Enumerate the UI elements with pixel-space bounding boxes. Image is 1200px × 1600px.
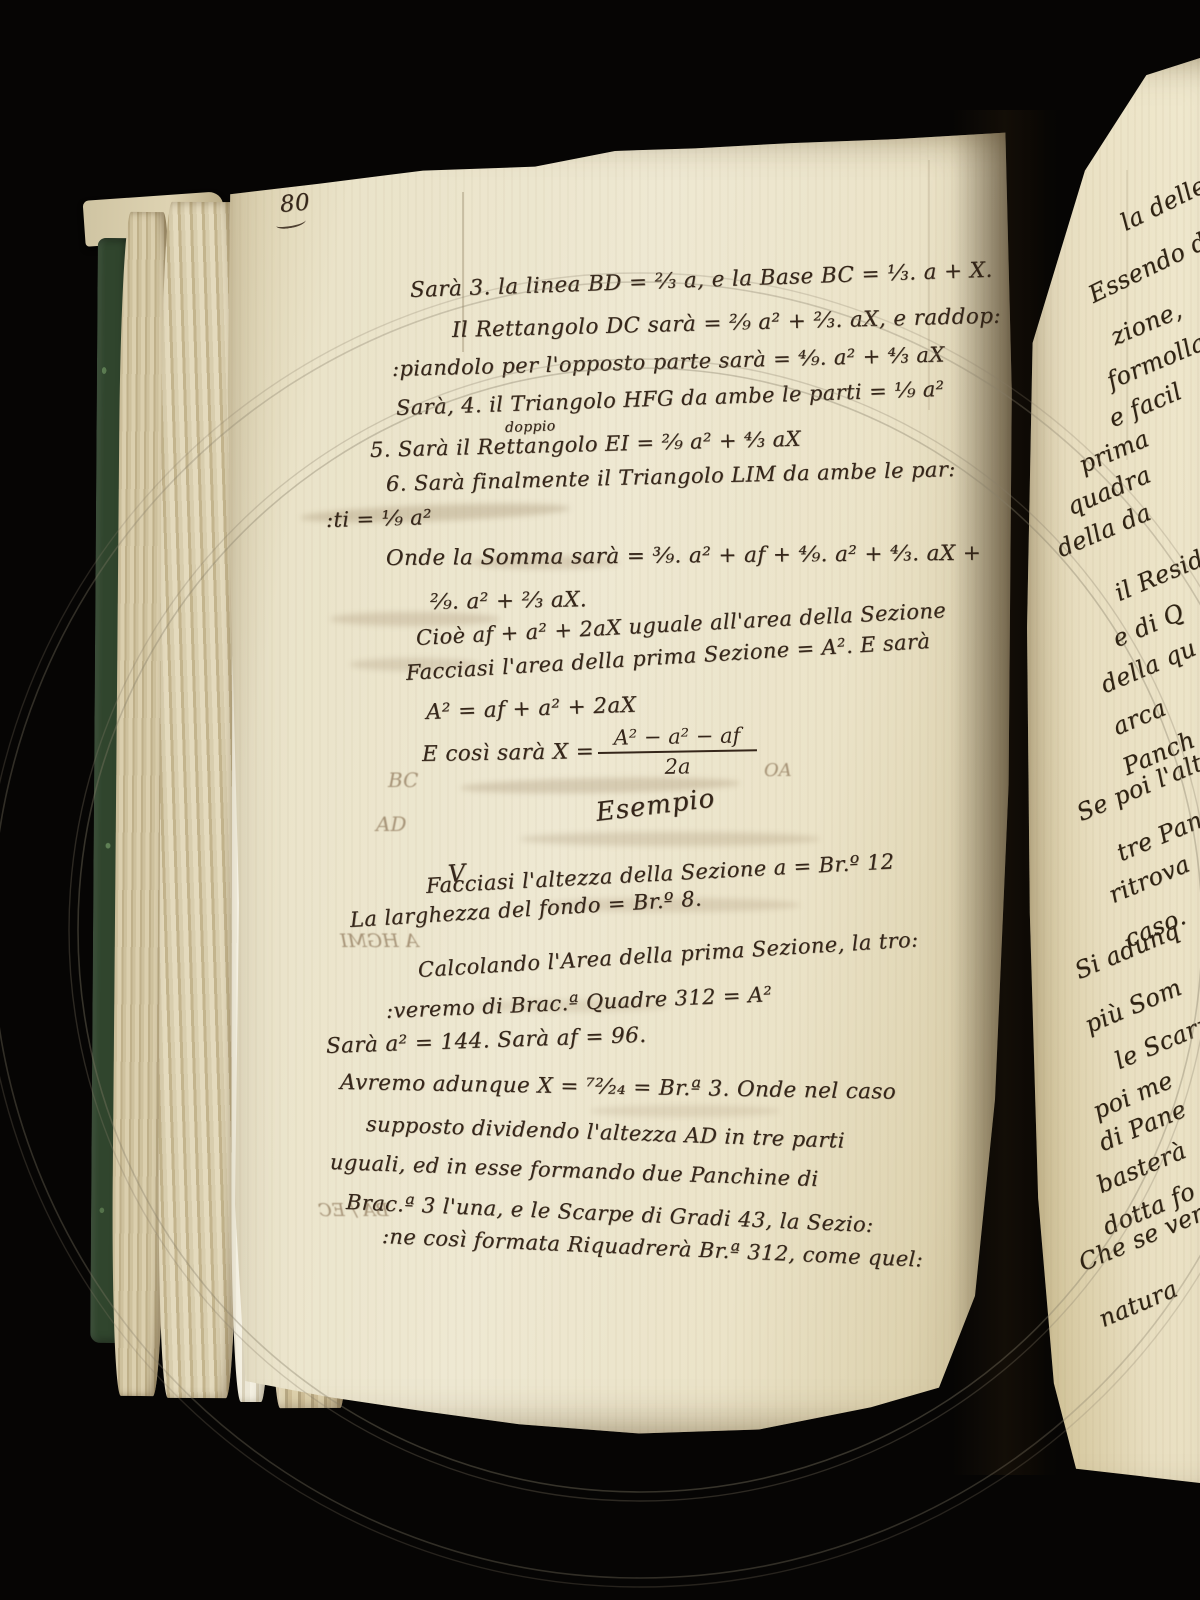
manuscript-line: Onde la Somma sarà = ³⁄₉. a² + af + ⁴⁄₉.… — [386, 541, 981, 571]
page-number: 80 — [279, 189, 311, 218]
manuscript-photo: BC AD A HGMI BA / EC OA 80 Sarà 3. la li… — [0, 0, 1200, 1600]
bleed-text: A HGMI — [340, 930, 418, 952]
formula-denominator: 2a — [598, 751, 757, 780]
page-stack-edge — [158, 202, 240, 1398]
bleed-text: OA — [764, 760, 792, 781]
formula-prefix: E così sarà X = — [422, 739, 595, 767]
manuscript-line: :ti = ¹⁄₉ a² — [326, 505, 433, 532]
formula-numerator: A² − a² − af — [598, 723, 757, 754]
manuscript-line: ²⁄₉. a² + ²⁄₃ aX. — [430, 587, 587, 615]
bleed-text: AD — [376, 812, 406, 836]
bleed-text: BC — [388, 768, 418, 792]
formula-fraction: A² − a² − af 2a — [598, 723, 758, 780]
